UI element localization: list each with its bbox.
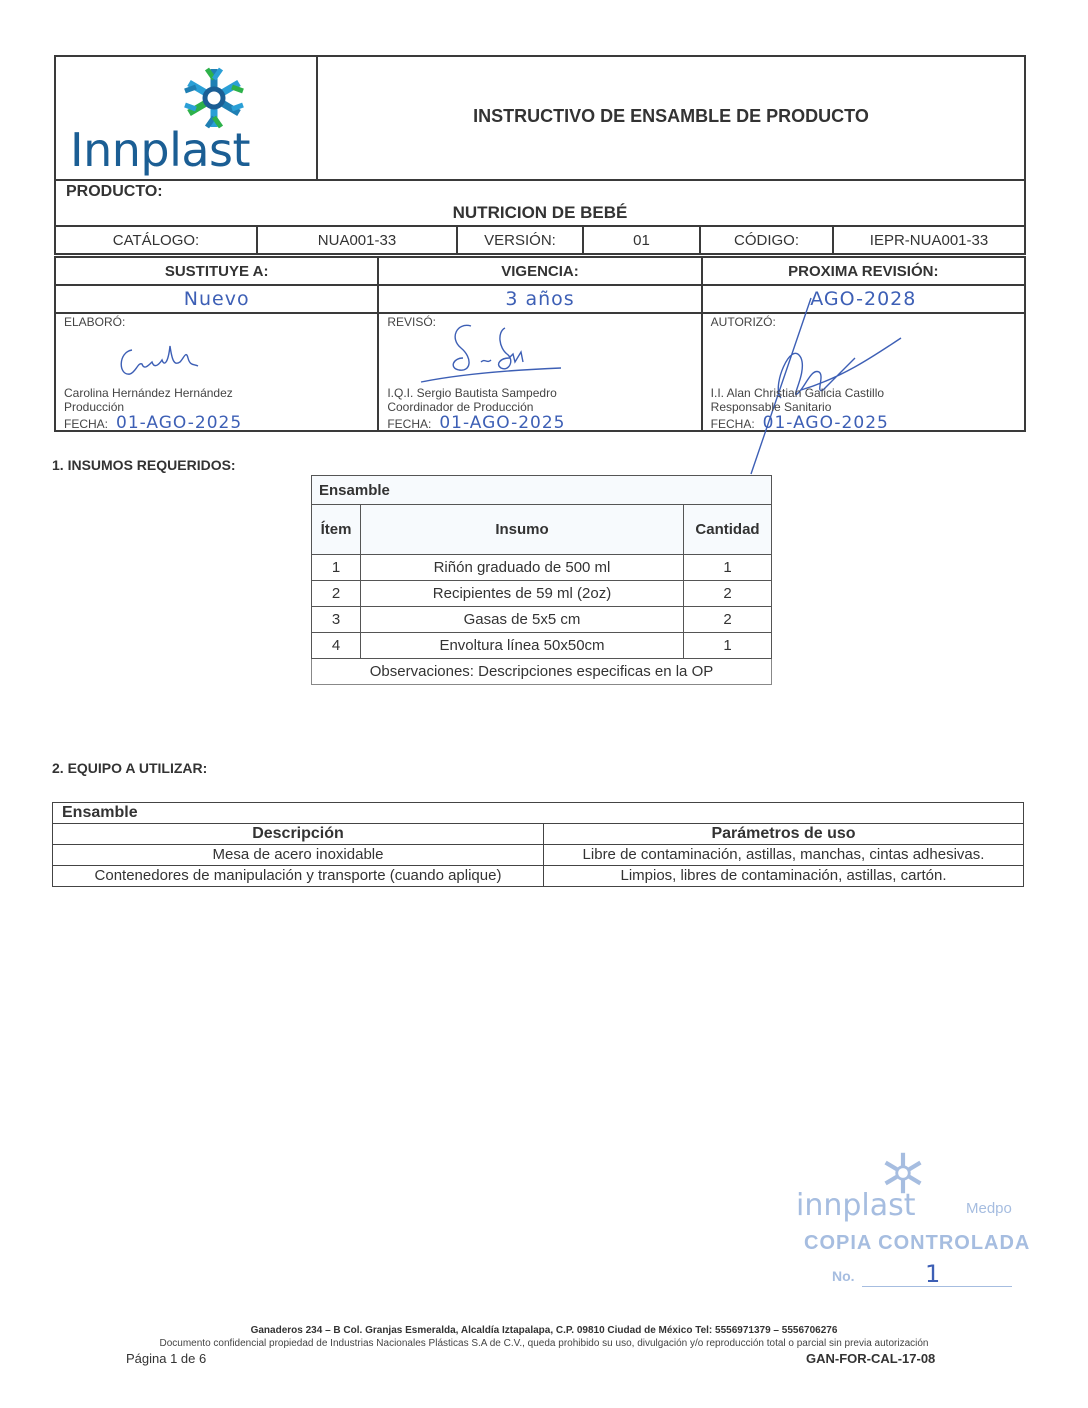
form-code: GAN-FOR-CAL-17-08	[806, 1351, 935, 1366]
signature-role: ELABORÓ:	[64, 315, 125, 329]
signature-date: 01-AGO-2025	[763, 413, 889, 433]
observaciones: Observaciones: Descripciones especificas…	[312, 659, 772, 685]
parametros-cell: Limpios, libres de contaminación, astill…	[544, 866, 1024, 887]
signer-name: I.I. Alan Christian Galicia Castillo	[711, 386, 884, 400]
proxima-revision-label: PROXIMA REVISIÓN:	[703, 258, 1024, 284]
page-number: Página 1 de 6	[126, 1351, 206, 1366]
parametros-cell: Libre de contaminación, astillas, mancha…	[544, 845, 1024, 866]
signature-date: 01-AGO-2025	[439, 413, 565, 433]
signer-name: Carolina Hernández Hernández	[64, 386, 233, 400]
signer-position: Responsable Sanitario	[711, 400, 832, 414]
table-row: 3 Gasas de 5x5 cm 2	[312, 607, 772, 633]
catalogo-label: CATÁLOGO:	[56, 227, 258, 253]
cantidad-cell: 2	[684, 607, 772, 633]
cantidad-cell: 1	[684, 633, 772, 659]
item-cell: 3	[312, 607, 361, 633]
signer-position: Coordinador de Producción	[387, 400, 533, 414]
producto-value: NUTRICION DE BEBÉ	[56, 203, 1024, 223]
signer-name: I.Q.I. Sergio Bautista Sampedro	[387, 386, 556, 400]
producto-label: PRODUCTO:	[66, 183, 163, 201]
sustituye-label: SUSTITUYE A:	[56, 258, 379, 284]
insumo-cell: Recipientes de 59 ml (2oz)	[361, 581, 684, 607]
version-label: VERSIÓN:	[458, 227, 584, 253]
table-row: Contenedores de manipulación y transport…	[53, 866, 1024, 887]
table-caption: Ensamble	[53, 803, 1024, 824]
sustituye-value: Nuevo	[184, 288, 250, 310]
controlled-copy-stamp: innplast Medpo COPIA CONTROLADA No. 1	[790, 1150, 1050, 1300]
item-cell: 4	[312, 633, 361, 659]
item-cell: 2	[312, 581, 361, 607]
codigo-value: IEPR-NUA001-33	[834, 227, 1024, 253]
cantidad-cell: 2	[684, 581, 772, 607]
codigo-label: CÓDIGO:	[701, 227, 834, 253]
descripcion-cell: Contenedores de manipulación y transport…	[53, 866, 544, 887]
stamp-label: COPIA CONTROLADA	[804, 1232, 1030, 1255]
column-header: Insumo	[361, 505, 684, 555]
footer-address: Ganaderos 234 – B Col. Granjas Esmeralda…	[0, 1325, 1088, 1336]
table-row: Mesa de acero inoxidable Libre de contam…	[53, 845, 1024, 866]
signature-mark	[741, 298, 941, 458]
signature-mark	[401, 318, 581, 384]
insumos-table: Ensamble Ítem Insumo Cantidad 1 Riñón gr…	[311, 475, 772, 685]
column-header: Ítem	[312, 505, 361, 555]
stamp-logo-text: innplast	[796, 1188, 916, 1223]
version-value: 01	[584, 227, 701, 253]
signer-position: Producción	[64, 400, 124, 414]
table-row: 4 Envoltura línea 50x50cm 1	[312, 633, 772, 659]
logo-text: Innplast	[70, 123, 250, 177]
approval-block: SUSTITUYE A: VIGENCIA: PROXIMA REVISIÓN:…	[54, 256, 1026, 432]
insumo-cell: Envoltura línea 50x50cm	[361, 633, 684, 659]
insumo-cell: Gasas de 5x5 cm	[361, 607, 684, 633]
vigencia-label: VIGENCIA:	[379, 258, 702, 284]
stamp-number-label: No.	[832, 1268, 855, 1284]
signature-mark	[114, 336, 204, 382]
date-label: FECHA:	[64, 417, 108, 431]
document-header: Innplast INSTRUCTIVO DE ENSAMBLE DE PROD…	[54, 55, 1026, 255]
stamp-sub-brand: Medpo	[966, 1200, 1012, 1217]
signature-block-autorizo: AUTORIZÓ: I.I. Alan Christian Galicia Ca…	[703, 314, 1024, 430]
catalogo-value: NUA001-33	[258, 227, 458, 253]
descripcion-cell: Mesa de acero inoxidable	[53, 845, 544, 866]
equipo-table: Ensamble Descripción Parámetros de uso M…	[52, 802, 1024, 887]
date-label: FECHA:	[711, 417, 755, 431]
stamp-number: 1	[925, 1260, 940, 1288]
signature-date: 01-AGO-2025	[116, 413, 242, 433]
column-header: Cantidad	[684, 505, 772, 555]
logo: Innplast	[56, 57, 318, 179]
table-caption: Ensamble	[312, 476, 772, 505]
table-row: 1 Riñón graduado de 500 ml 1	[312, 555, 772, 581]
column-header: Parámetros de uso	[544, 824, 1024, 845]
footer-confidential: Documento confidencial propiedad de Indu…	[0, 1338, 1088, 1349]
section-title-insumos: 1. INSUMOS REQUERIDOS:	[52, 457, 236, 473]
date-label: FECHA:	[387, 417, 431, 431]
snowflake-logo-icon	[181, 65, 247, 131]
column-header: Descripción	[53, 824, 544, 845]
document-title: INSTRUCTIVO DE ENSAMBLE DE PRODUCTO	[318, 57, 1024, 179]
signature-block-elaboro: ELABORÓ: Carolina Hernández Hernández Pr…	[56, 314, 379, 430]
table-row: 2 Recipientes de 59 ml (2oz) 2	[312, 581, 772, 607]
signature-block-reviso: REVISÓ: I.Q.I. Sergio Bautista Sampedro …	[379, 314, 702, 430]
item-cell: 1	[312, 555, 361, 581]
cantidad-cell: 1	[684, 555, 772, 581]
insumo-cell: Riñón graduado de 500 ml	[361, 555, 684, 581]
section-title-equipo: 2. EQUIPO A UTILIZAR:	[52, 760, 207, 776]
vigencia-value: 3 años	[505, 288, 574, 310]
